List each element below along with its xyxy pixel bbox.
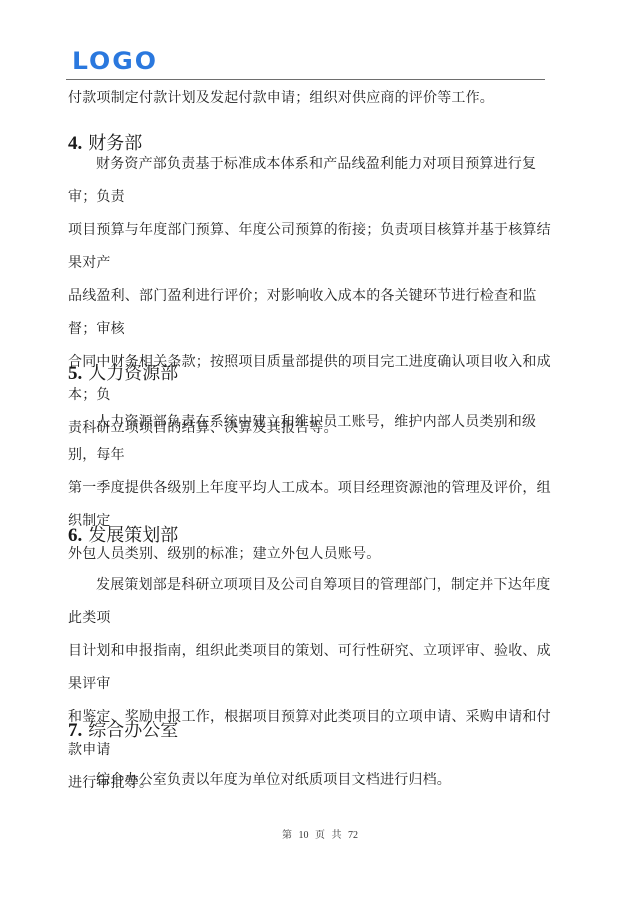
section-paragraph-office: 综合办公室负责以年度为单位对纸质项目文档进行归档。: [68, 764, 552, 797]
paragraph-line: 发展策划部是科研立项项目及公司自筹项目的管理部门，制定并下达年度此类项: [68, 569, 552, 635]
section-number: 5.: [68, 363, 82, 384]
section-title: 发展策划部: [88, 525, 178, 546]
section-heading-office: 7.综合办公室: [68, 719, 178, 743]
paragraph-line: 财务资产部负责基于标准成本体系和产品线盈利能力对项目预算进行复审；负责: [68, 148, 552, 214]
paragraph-line: 目计划和申报指南，组织此类项目的策划、可行性研究、立项评审、验收、成果评审: [68, 635, 552, 701]
header-divider: [66, 79, 545, 80]
paragraph-line: 人力资源部负责在系统中建立和维护员工账号，维护内部人员类别和级别，每年: [68, 406, 552, 472]
section-title: 综合办公室: [88, 720, 178, 741]
continuation-paragraph: 付款项制定付款计划及发起付款申请；组织对供应商的评价等工作。: [68, 82, 552, 115]
page-footer: 第 10 页 共 72: [0, 826, 640, 841]
section-title: 人力资源部: [88, 363, 178, 384]
section-number: 7.: [68, 720, 82, 741]
section-heading-planning: 6.发展策划部: [68, 524, 178, 548]
section-number: 6.: [68, 525, 82, 546]
section-heading-hr: 5.人力资源部: [68, 362, 178, 386]
paragraph-line: 项目预算与年度部门预算、年度公司预算的衔接；负责项目核算并基于核算结果对产: [68, 214, 552, 280]
logo: LOGO: [72, 49, 158, 74]
section-paragraph-finance: 财务资产部负责基于标准成本体系和产品线盈利能力对项目预算进行复审；负责 项目预算…: [68, 148, 552, 445]
paragraph-line: 品线盈利、部门盈利进行评价；对影响收入成本的各关键环节进行检查和监督；审核: [68, 280, 552, 346]
paragraph-line: 综合办公室负责以年度为单位对纸质项目文档进行归档。: [68, 764, 552, 797]
